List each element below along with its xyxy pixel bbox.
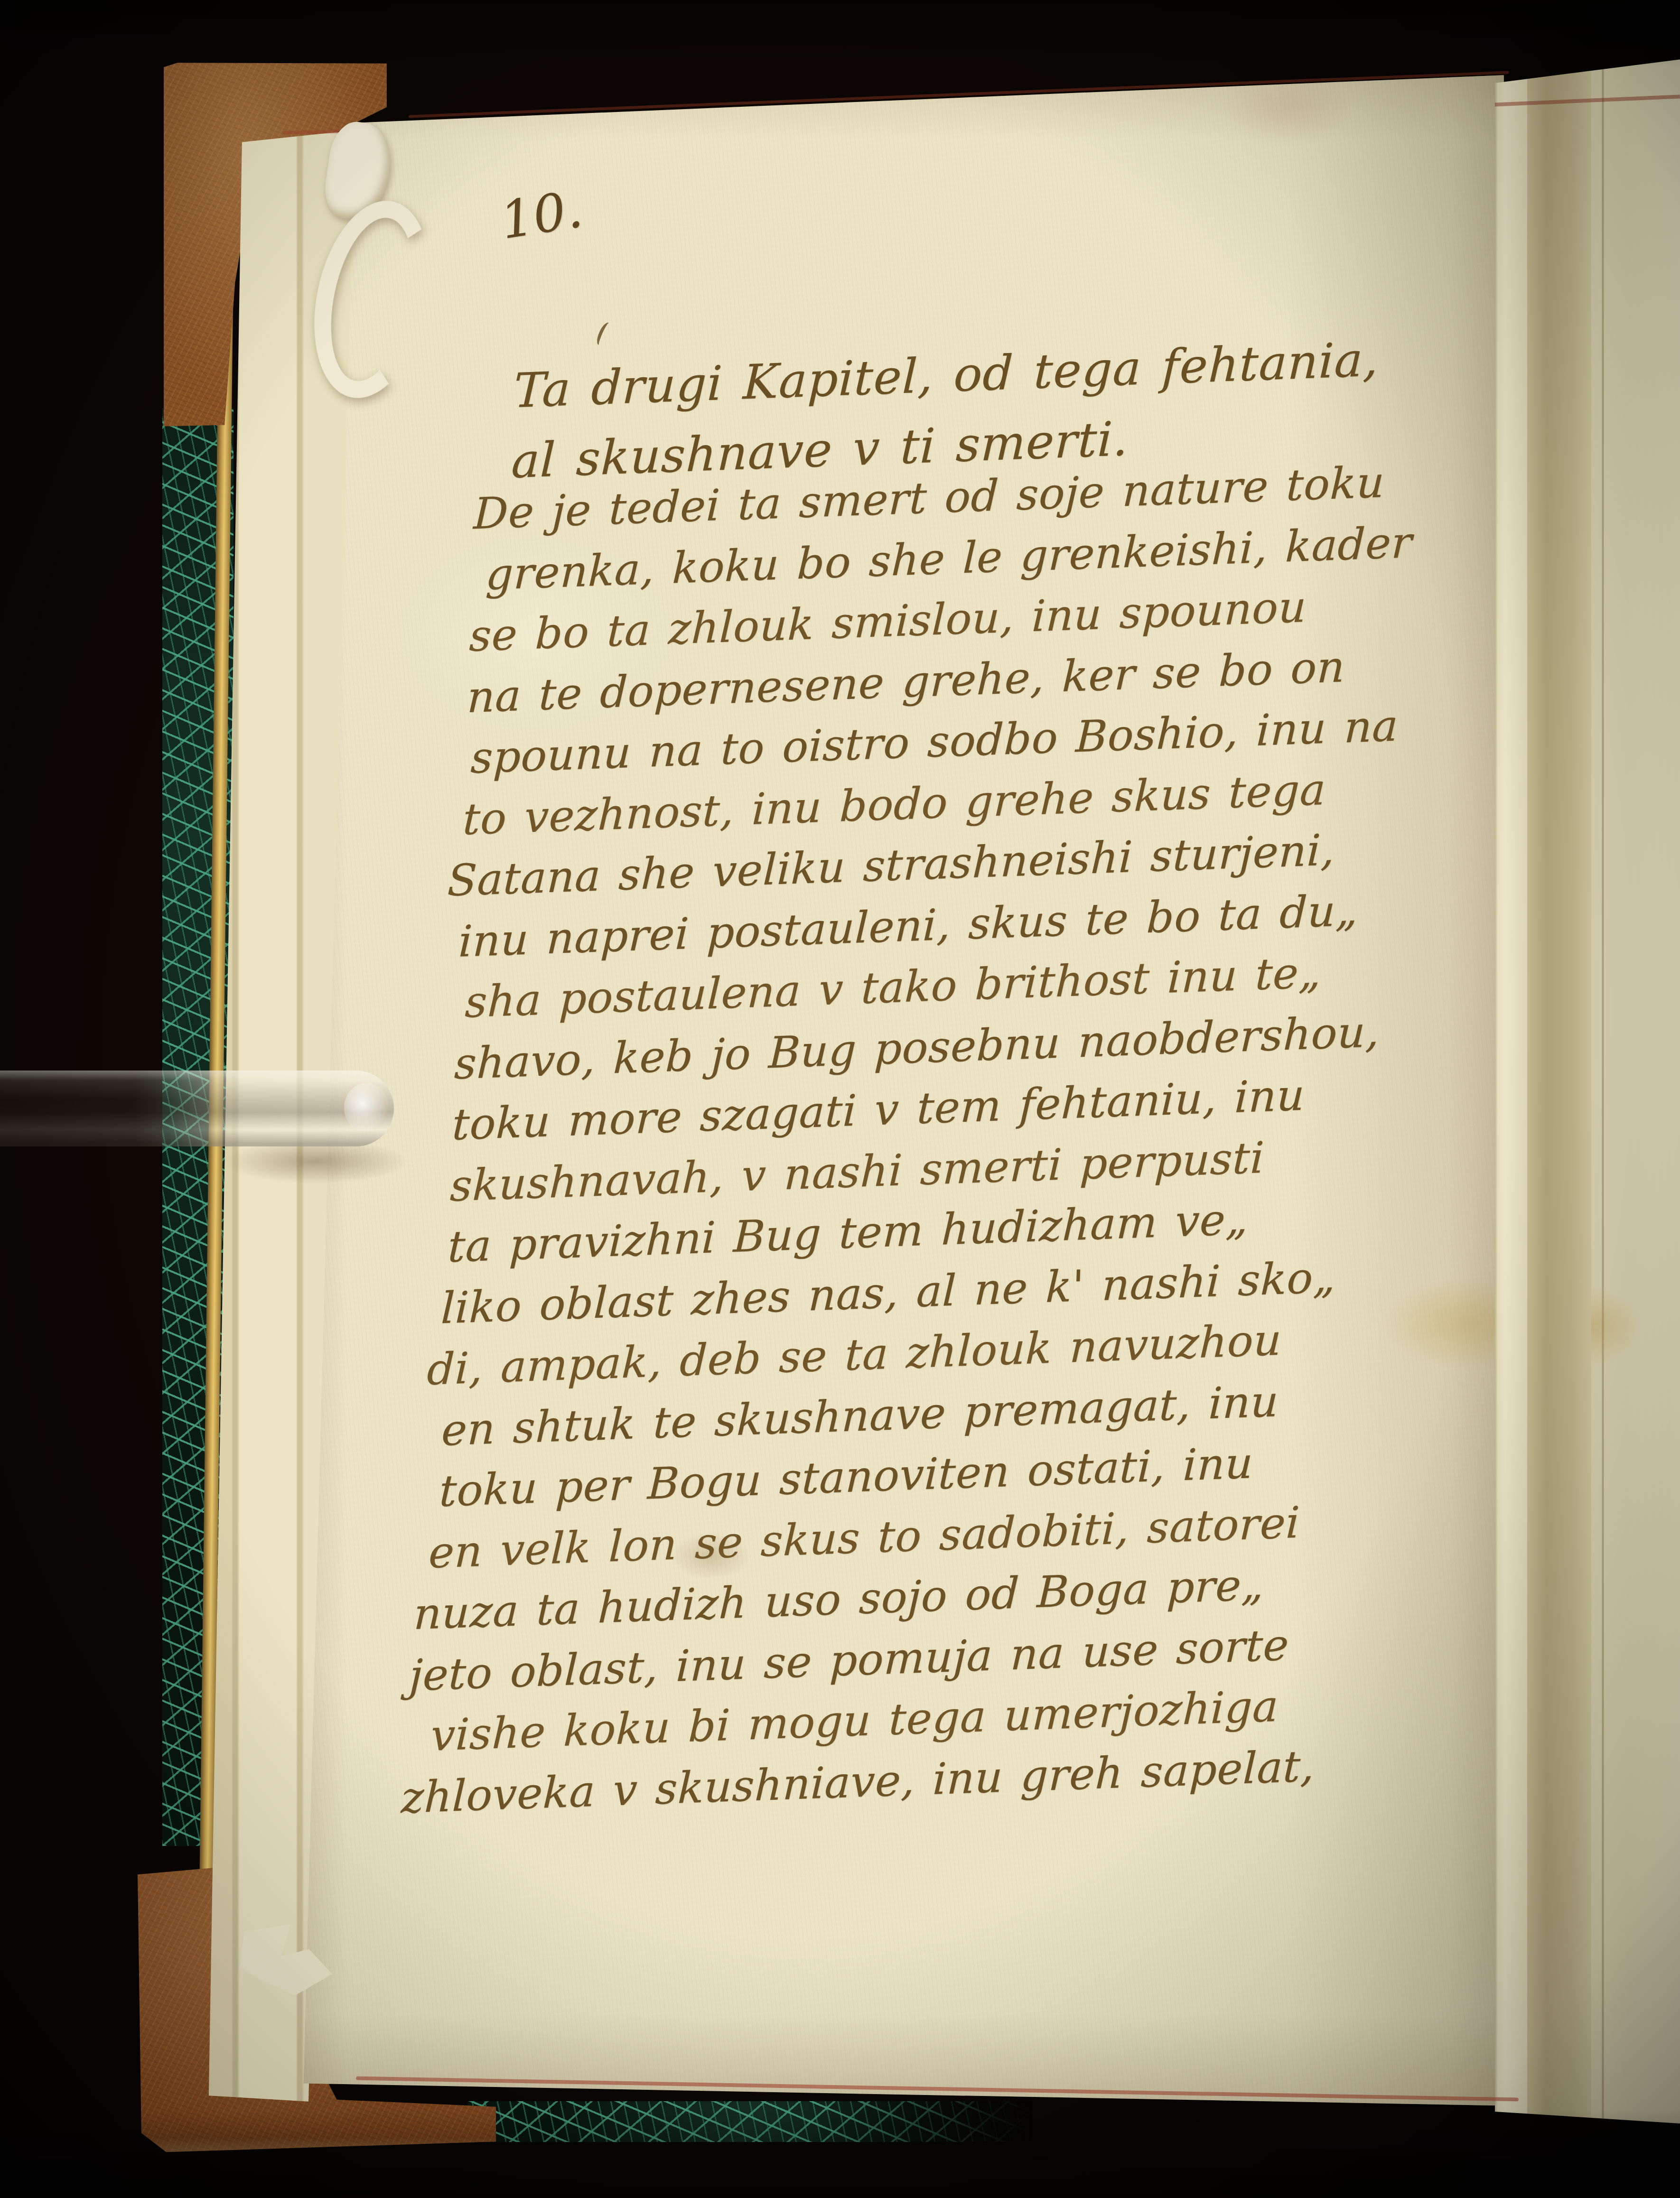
ink-mark xyxy=(594,321,613,347)
manuscript-photograph: tneʒuskgotfesbtʒjshtlehf 10. Ta drugi Ka… xyxy=(0,0,1680,2198)
glass-rod-cap-highlight xyxy=(344,1083,389,1133)
body-text: De je tedei ta smert od soje nature toku… xyxy=(428,451,1415,1828)
glass-rod xyxy=(0,1071,394,1146)
glass-rod-cylinder-shading xyxy=(0,1071,394,1146)
page-number: 10. xyxy=(497,184,586,247)
